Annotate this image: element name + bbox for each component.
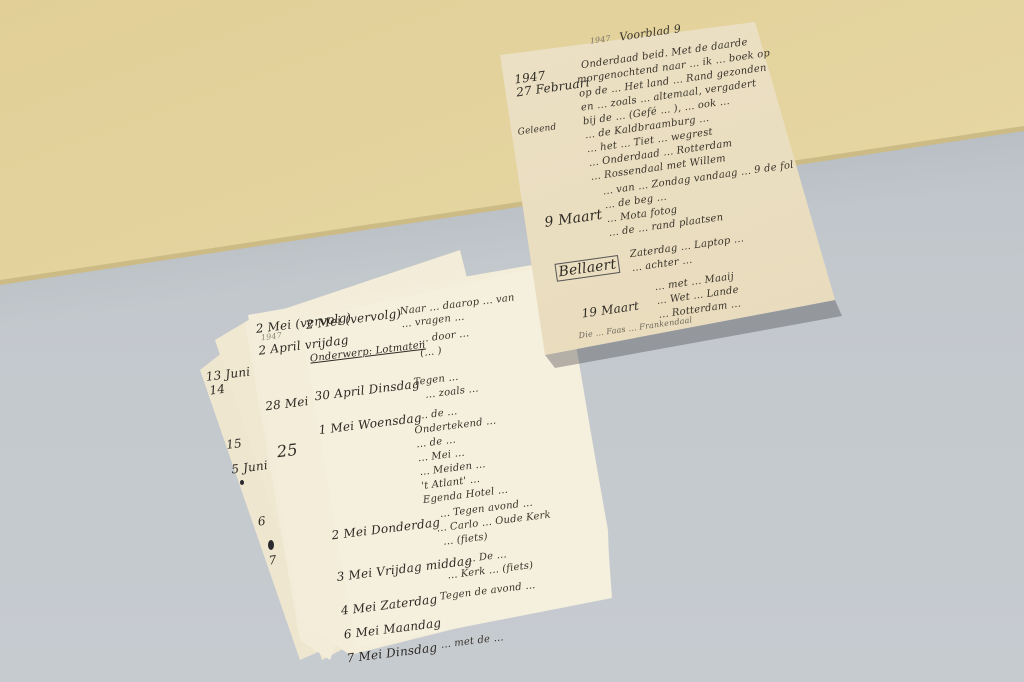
notebook-text: 1947 Voorblad 9 1947 27 Februari Onderda…	[510, 6, 847, 335]
notebook-sheet	[0, 0, 1024, 682]
notebook-page: 1947 Voorblad 9 1947 27 Februari Onderda…	[0, 0, 1024, 682]
photo-scene: 13 Juni 14 15 5 Juni 6 7 2 Mei (vervolg)…	[0, 0, 1024, 682]
